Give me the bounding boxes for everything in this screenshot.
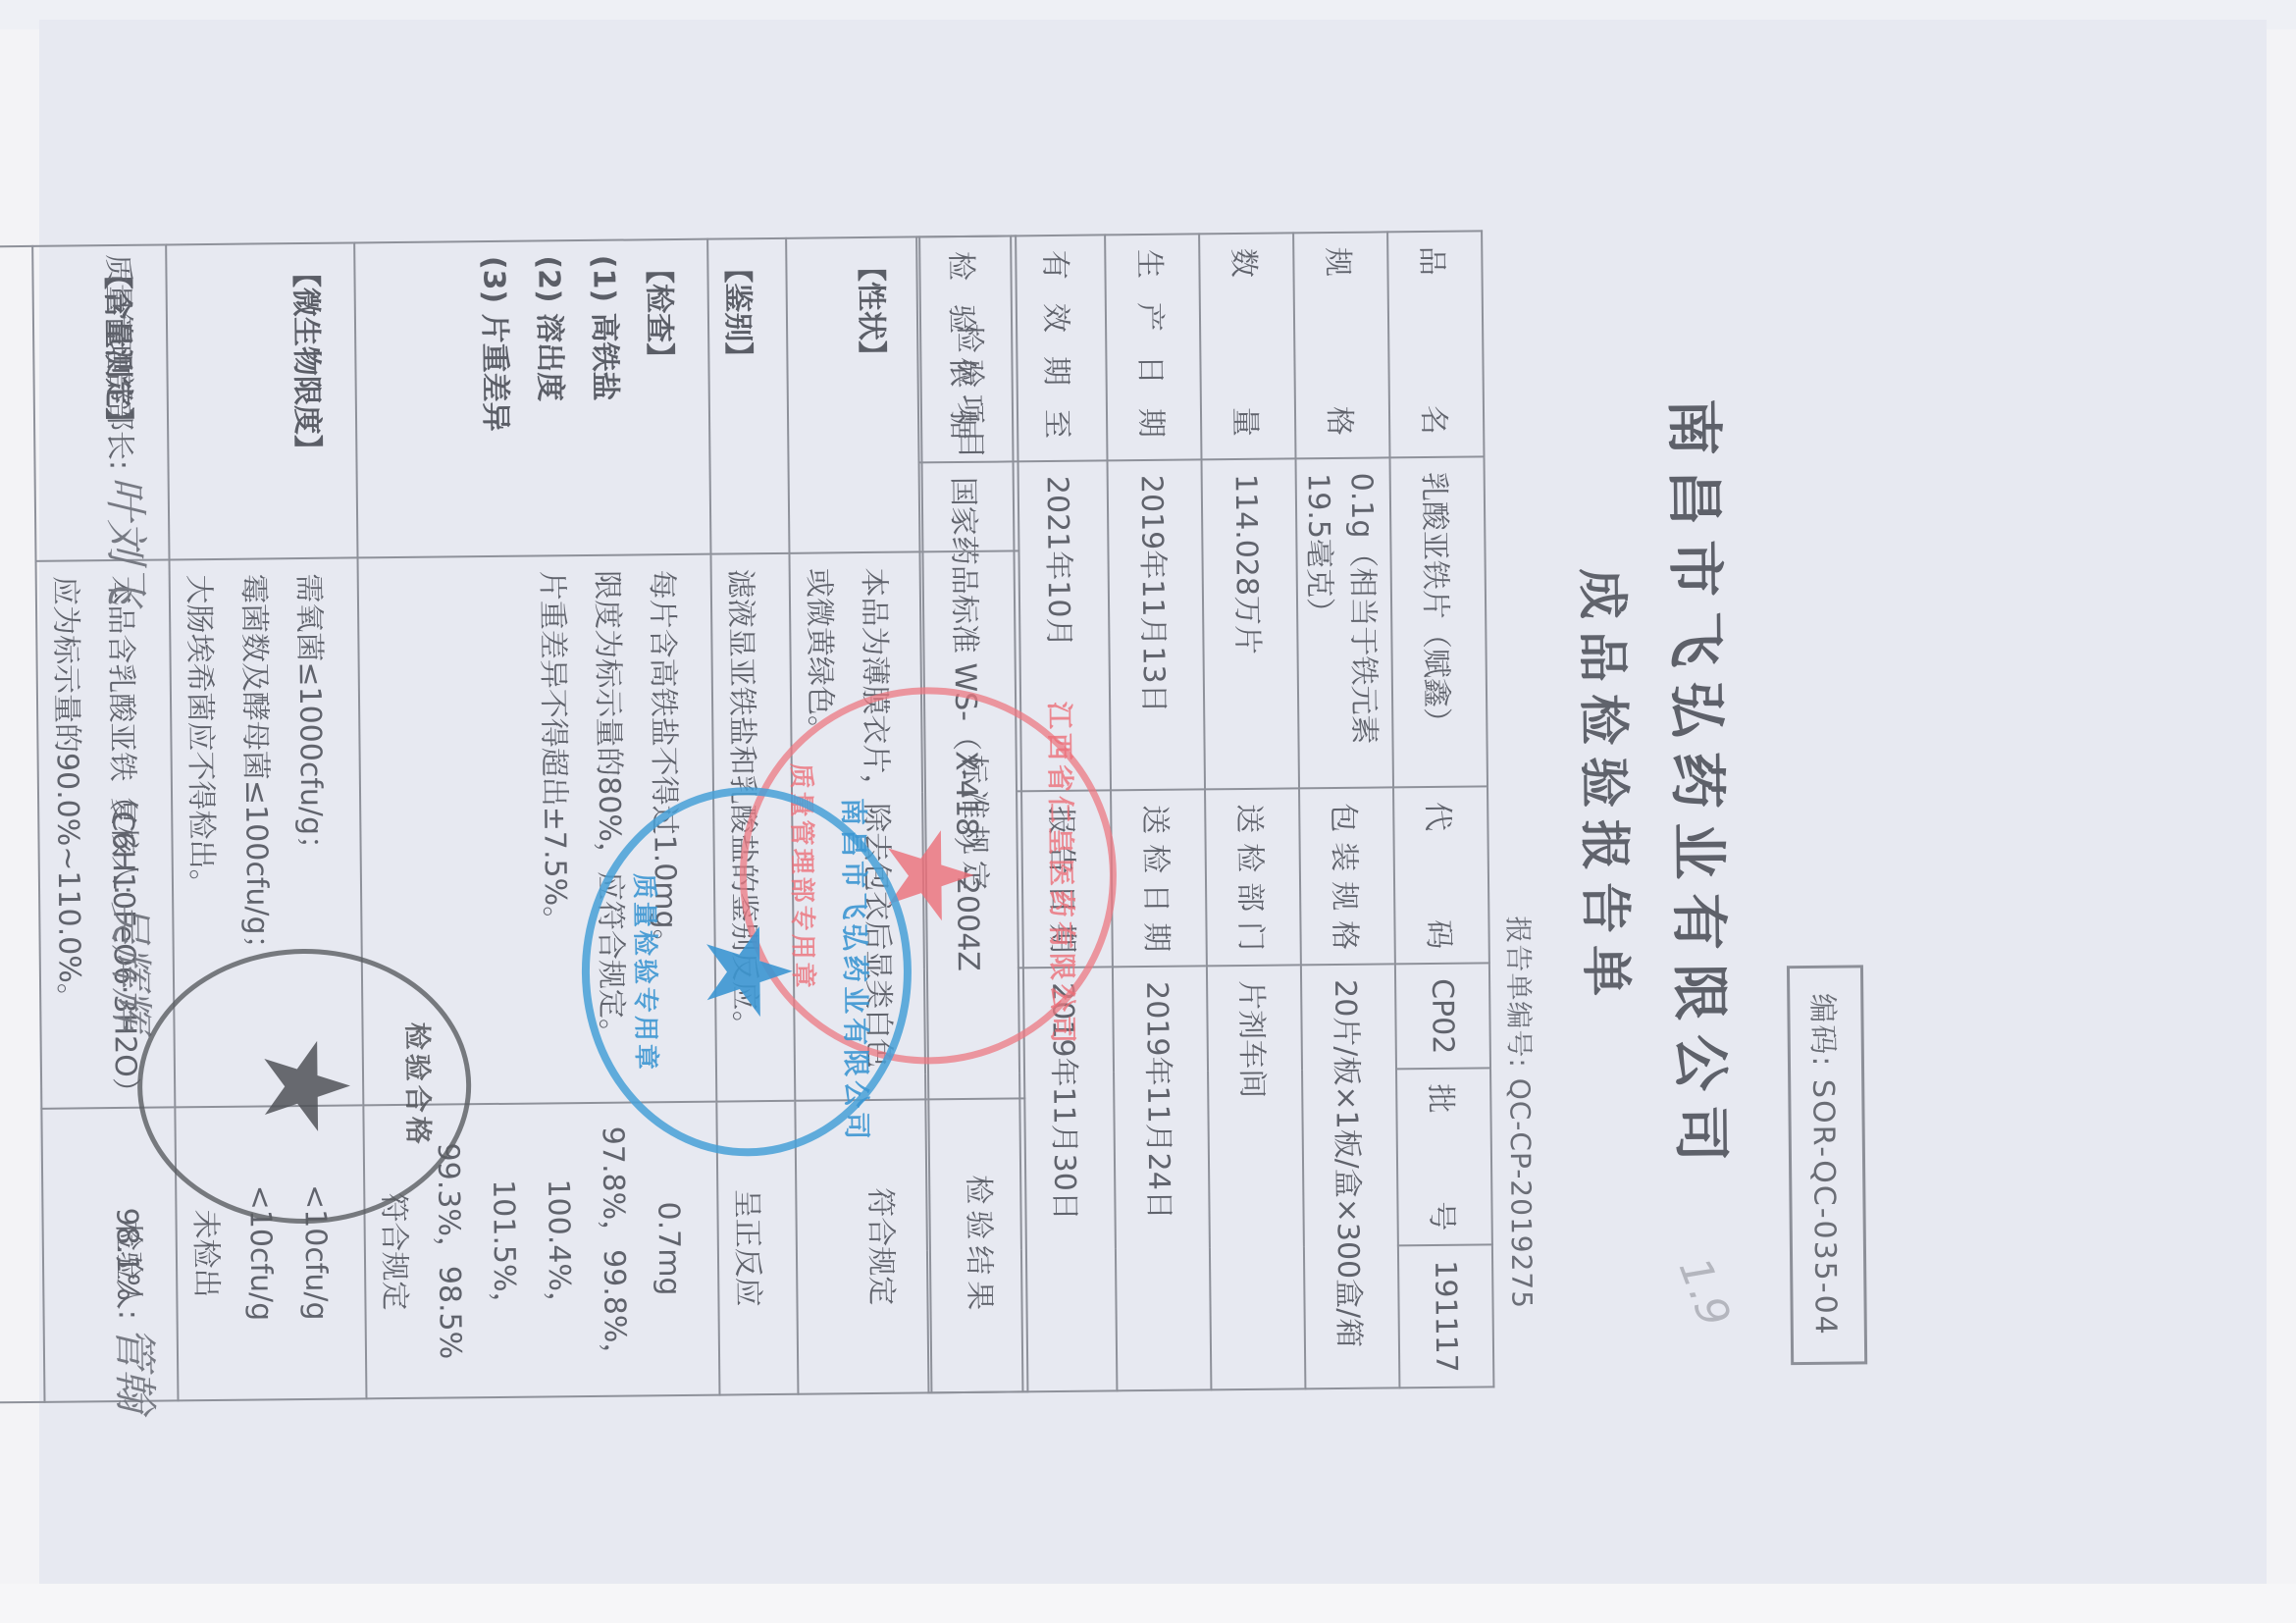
inspection-item-row: 【性状】本品为薄膜衣片，除去包衣后显类白色或微黄绿色。符合规定 xyxy=(786,236,931,1393)
reviewer-label: 复核人: xyxy=(106,797,141,895)
qa-head-signature: 质量管理部部长:叶刘飞 xyxy=(95,254,162,606)
signature-line: 质量管理部部长:叶刘飞 复核人:吴辉辉 检验人:管翰 xyxy=(95,254,170,1413)
inspector-signature: 检验人:管翰 xyxy=(106,1221,171,1412)
label-spec: 规 格 xyxy=(1293,232,1389,458)
qa-head-label: 质量管理部部长: xyxy=(100,254,136,470)
item-standard: 滤液显亚铁盐和乳酸盐的鉴别反应。 xyxy=(710,553,795,1101)
item-standard: 本品为薄膜衣片，除去包衣后显类白色或微黄绿色。 xyxy=(789,552,928,1101)
value-quantity: 114.028万片 xyxy=(1202,458,1300,789)
value-report-date: 2019年11月30日 xyxy=(1018,968,1118,1392)
item-name: 【检查】 (1) 高铁盐 (2) 溶出度 (3) 片重差异 xyxy=(354,239,710,558)
value-spec: 0.1g（相当于铁元素19.5毫克） xyxy=(1295,457,1393,788)
inspection-item-row: 【鉴别】滤液显亚铁盐和乳酸盐的鉴别反应。呈正反应 xyxy=(707,238,798,1395)
label-batch: 批 号 xyxy=(1396,1069,1492,1246)
reviewer-handwriting: 吴辉辉 xyxy=(104,901,155,1031)
info-row: 品 名 乳酸亚铁片（赋鑫） 代 码 CP02 批 号 191117 xyxy=(1387,231,1493,1387)
company-name: 南昌市飞弘药业有限公司 xyxy=(1654,130,1750,1445)
value-submit-date: 2019年11月24日 xyxy=(1113,967,1212,1391)
item-name: 【性状】 xyxy=(786,236,922,553)
item-standard: 需氧菌≤1000cfu/g； 霉菌数及酵母菌≤100cfu/g； 大肠埃希菌应不… xyxy=(170,558,364,1107)
value-batch: 191117 xyxy=(1398,1245,1494,1388)
label-package: 包装规格 xyxy=(1299,788,1395,966)
label-product-name: 品 名 xyxy=(1387,231,1484,457)
header-standard: 标准规定 xyxy=(922,551,1024,1099)
label-submit-date: 送检日期 xyxy=(1111,790,1207,968)
form-code: 编码: SOR-QC-035-04 xyxy=(1787,965,1867,1365)
qa-head-handwriting: 叶刘飞 xyxy=(100,476,151,606)
label-dept: 送检部门 xyxy=(1205,789,1301,967)
value-package: 20片/板×1板/盒×300盒/箱 xyxy=(1301,965,1400,1389)
value-expiry: 2021年10月 xyxy=(1014,460,1112,791)
item-result: 0.7mg 97.8%，99.8%，100.4%， 101.5%，99.3%，9… xyxy=(363,1101,719,1398)
scan-border-bottom xyxy=(0,1584,2296,1623)
info-row: 生产日期 2019年11月13日 送检日期 2019年11月24日 xyxy=(1105,234,1211,1390)
item-standard: 每片含高铁盐不得过1.0mg。 限度为标示量的80%，应符合规定。 片重差异不得… xyxy=(358,554,717,1105)
value-dept: 片剂车间 xyxy=(1207,966,1306,1390)
label-prod-date: 生产日期 xyxy=(1105,234,1201,460)
label-report-date: 报告日期 xyxy=(1017,791,1113,969)
value-code: CP02 xyxy=(1395,964,1490,1070)
inspector-label: 检验人: xyxy=(111,1222,146,1320)
label-quantity: 数 量 xyxy=(1199,233,1295,459)
report-title: 成品检验报告单 xyxy=(1565,131,1652,1446)
inspection-item-row: 【检查】 (1) 高铁盐 (2) 溶出度 (3) 片重差异每片含高铁盐不得过1.… xyxy=(354,239,719,1399)
report-number: 报告单编号: QC-CP-2019275 xyxy=(1499,916,1542,1309)
info-row: 数 量 114.028万片 送检部门 片剂车间 xyxy=(1199,233,1305,1389)
value-product-name: 乳酸亚铁片（赋鑫） xyxy=(1389,456,1487,787)
header-result: 检验结果 xyxy=(928,1098,1027,1392)
item-name: 【鉴别】 xyxy=(707,238,789,554)
item-result: <10cfu/g <10cfu/g 未检出 xyxy=(175,1105,366,1400)
label-code: 代 码 xyxy=(1393,787,1489,965)
inspector-handwriting: 管翰 xyxy=(109,1326,160,1413)
item-result: 符合规定 xyxy=(795,1099,931,1394)
inspection-item-row: 【微生物限度】需氧菌≤1000cfu/g； 霉菌数及酵母菌≤100cfu/g； … xyxy=(166,242,366,1400)
item-name: 【微生物限度】 xyxy=(166,242,357,559)
items-header-row: 检验项目 标准规定 检验结果 xyxy=(919,236,1027,1392)
value-prod-date: 2019年11月13日 xyxy=(1108,459,1206,790)
label-expiry: 有效期至 xyxy=(1011,235,1107,461)
item-result: 呈正反应 xyxy=(716,1101,798,1395)
inspection-report-document: 编码: SOR-QC-035-04 1.9 南昌市飞弘药业有限公司 成品检验报告… xyxy=(10,128,1907,1462)
header-item: 检验项目 xyxy=(919,236,1018,551)
reviewer-signature: 复核人:吴辉辉 xyxy=(101,796,166,1030)
info-row: 规 格 0.1g（相当于铁元素19.5毫克） 包装规格 20片/板×1板/盒×3… xyxy=(1293,232,1399,1388)
